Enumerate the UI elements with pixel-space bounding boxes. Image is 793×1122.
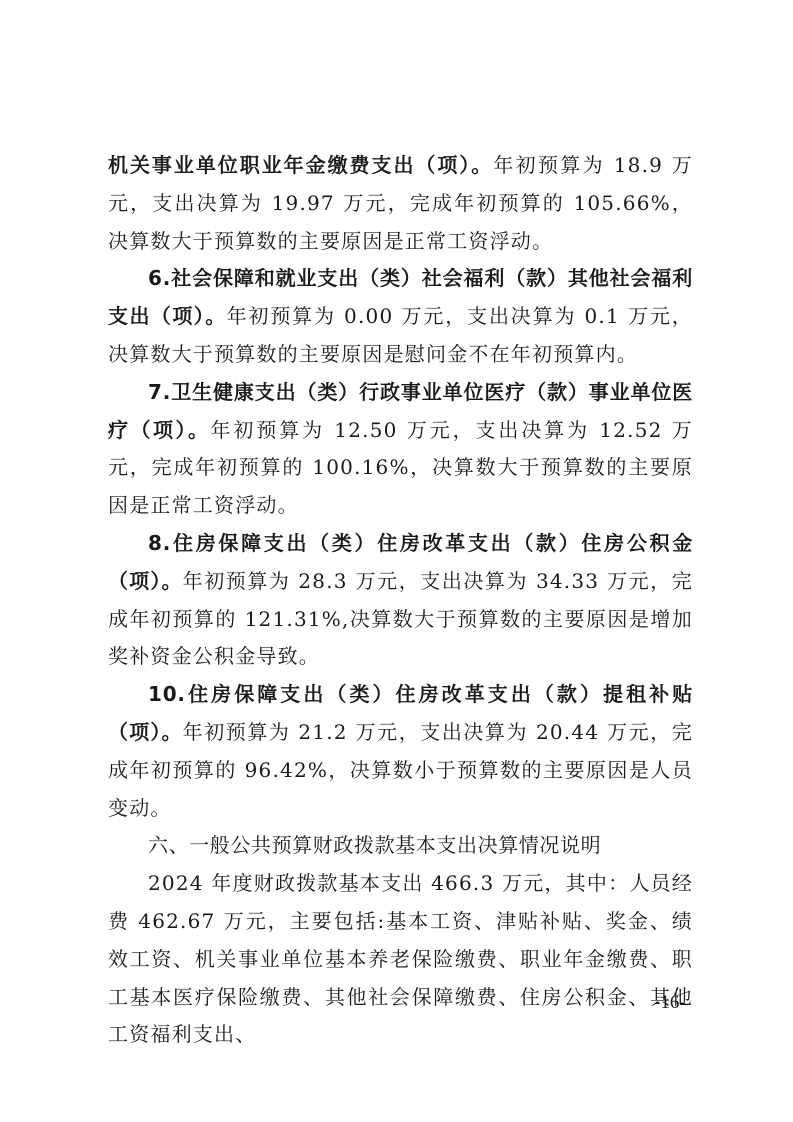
item-body: 年初预算为 21.2 万元，支出决算为 20.44 万元，完成年初预算的 96.… — [108, 720, 693, 820]
section-body: 2024 年度财政拨款基本支出 466.3 万元，其中：人员经费 462.67 … — [108, 865, 693, 1054]
paragraph-housing-fund: 8.住房保障支出（类）住房改革支出（款）住房公积金（项）。年初预算为 28.3 … — [108, 525, 693, 676]
document-page: 机关事业单位职业年金缴费支出（项）。年初预算为 18.9 万元，支出决算为 19… — [108, 147, 693, 1054]
paragraph-social-welfare: 6.社会保障和就业支出（类）社会福利（款）其他社会福利支出（项）。年初预算为 0… — [108, 260, 693, 373]
paragraph-rent-subsidy: 10.住房保障支出（类）住房改革支出（款）提租补贴（项）。年初预算为 21.2 … — [108, 676, 693, 827]
paragraph-occupational-annuity: 机关事业单位职业年金缴费支出（项）。年初预算为 18.9 万元，支出决算为 19… — [108, 147, 693, 260]
item-body: 年初预算为 28.3 万元，支出决算为 34.33 万元，完成年初预算的 121… — [108, 569, 693, 669]
item-title: 机关事业单位职业年金缴费支出（项）。 — [108, 153, 493, 177]
paragraph-health-medical: 7.卫生健康支出（类）行政事业单位医疗（款）事业单位医疗（项）。年初预算为 12… — [108, 374, 693, 525]
page-number: -16- — [654, 992, 686, 1014]
section-heading: 六、一般公共预算财政拨款基本支出决算情况说明 — [108, 827, 693, 865]
